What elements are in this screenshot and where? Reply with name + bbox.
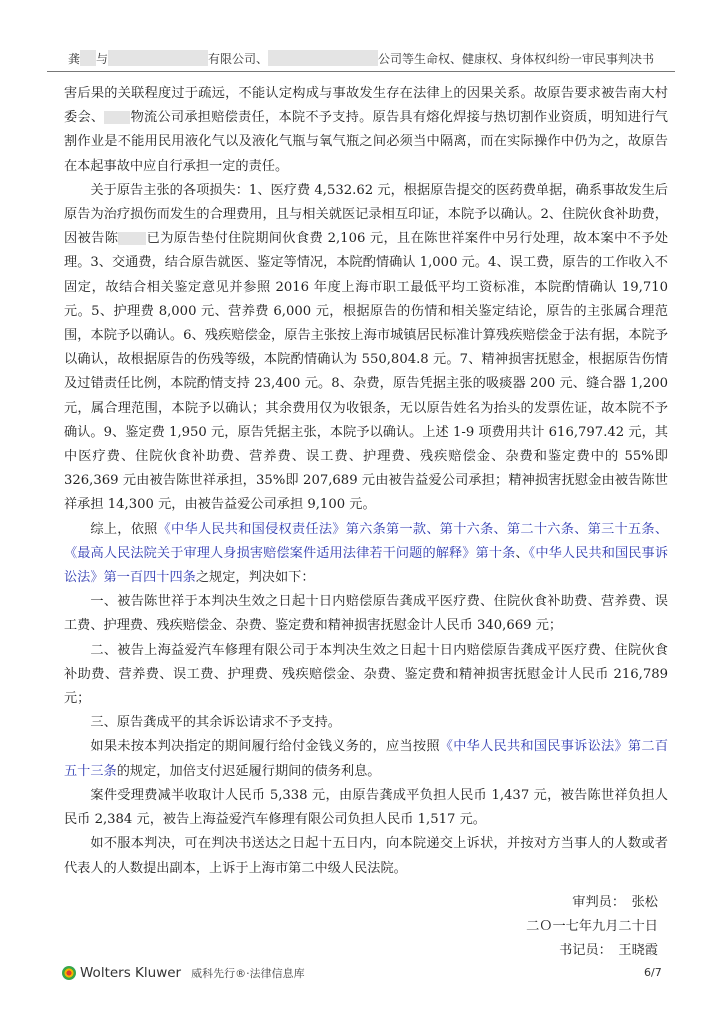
judge-signature: 审判员： 张松 xyxy=(64,891,668,915)
text: 已为原告垫付住院期间伙食费 2,106 元，且在陈世祥案件中另行处理，故本案中不… xyxy=(64,231,668,512)
judgment-item-3: 三、原告龚成平的其余诉讼请求不予支持。 xyxy=(64,711,668,735)
brand-name: Wolters Kluwer xyxy=(80,965,181,981)
paragraph-legal-basis: 综上，依照《中华人民共和国侵权责任法》第六条第一款、第十六条、第二十六条、第三十… xyxy=(64,518,668,591)
header-text-3: 有限公司、 xyxy=(208,52,268,66)
redacted-block xyxy=(108,50,208,66)
header-text-1: 龚 xyxy=(68,52,80,66)
redacted-block xyxy=(268,50,378,66)
law-link-tort-liability[interactable]: 《中华人民共和国侵权责任法》第六条第一款、第十六条、第二十六条、第三十五条、 xyxy=(158,522,668,537)
paragraph-court-fees: 案件受理费减半收取计人民币 5,338 元，由原告龚成平负担人民币 1,437 … xyxy=(64,784,668,832)
redacted-block xyxy=(80,50,96,66)
text: 如果未按本判决指定的期间履行给付金钱义务的，应当按照 xyxy=(90,739,439,754)
judgment-date: 二Ｏ一七年九月二十日 xyxy=(64,915,668,939)
wolters-kluwer-logo-icon xyxy=(62,966,76,980)
judgment-item-1: 一、被告陈世祥于本判决生效之日起十日内赔偿原告龚成平医疗费、住院伙食补助费、营养… xyxy=(64,590,668,638)
text: 物流公司承担赔偿责任，本院不予支持。原告具有熔化焊接与热切割作业资质，明知进行气… xyxy=(64,110,668,173)
text: 综上，依照 xyxy=(90,522,157,537)
paragraph-causation: 害后果的关联程度过于疏远，不能认定构成与事故发生存在法律上的因果关系。故原告要求… xyxy=(64,82,668,179)
clerk-signature: 书记员： 王晓霞 xyxy=(64,939,668,963)
judgment-item-2: 二、被告上海益爱汽车修理有限公司于本判决生效之日起十日内赔偿原告龚成平医疗费、住… xyxy=(64,639,668,712)
redacted-block xyxy=(118,232,146,245)
paragraph-late-performance: 如果未按本判决指定的期间履行给付金钱义务的，应当按照《中华人民共和国民事诉讼法》… xyxy=(64,735,668,783)
header-text-2: 与 xyxy=(96,52,108,66)
paragraph-appeal: 如不服本判决，可在判决书送达之日起十五日内，向本院递交上诉状，并按对方当事人的人… xyxy=(64,832,668,880)
redacted-block xyxy=(104,111,130,124)
law-link-judicial-interpretation[interactable]: 《最高人民法院关于审理人身损害赔偿案件适用法律若干问题的解释》第十条 xyxy=(64,546,515,561)
text: 之规定，判决如下： xyxy=(196,570,315,585)
text: 的规定，加倍支付迟延履行期间的债务利息。 xyxy=(117,764,381,779)
paragraph-losses: 关于原告主张的各项损失：1、医疗费 4,532.62 元，根据原告提交的医药费单… xyxy=(64,179,668,518)
document-header: 龚与有限公司、公司等生命权、健康权、身体权纠纷一审民事判决书 xyxy=(47,50,675,72)
page-footer: Wolters Kluwer 威科先行®·法律信息库 xyxy=(62,962,305,984)
text: 、 xyxy=(515,546,528,561)
header-text-4: 公司等生命权、健康权、身体权纠纷一审民事判决书 xyxy=(378,52,654,66)
page-number: 6/7 xyxy=(644,966,662,979)
brand-name-cn: 威科先行®·法律信息库 xyxy=(191,965,305,981)
document-body: 害后果的关联程度过于疏远，不能认定构成与事故发生存在法律上的因果关系。故原告要求… xyxy=(64,82,668,963)
